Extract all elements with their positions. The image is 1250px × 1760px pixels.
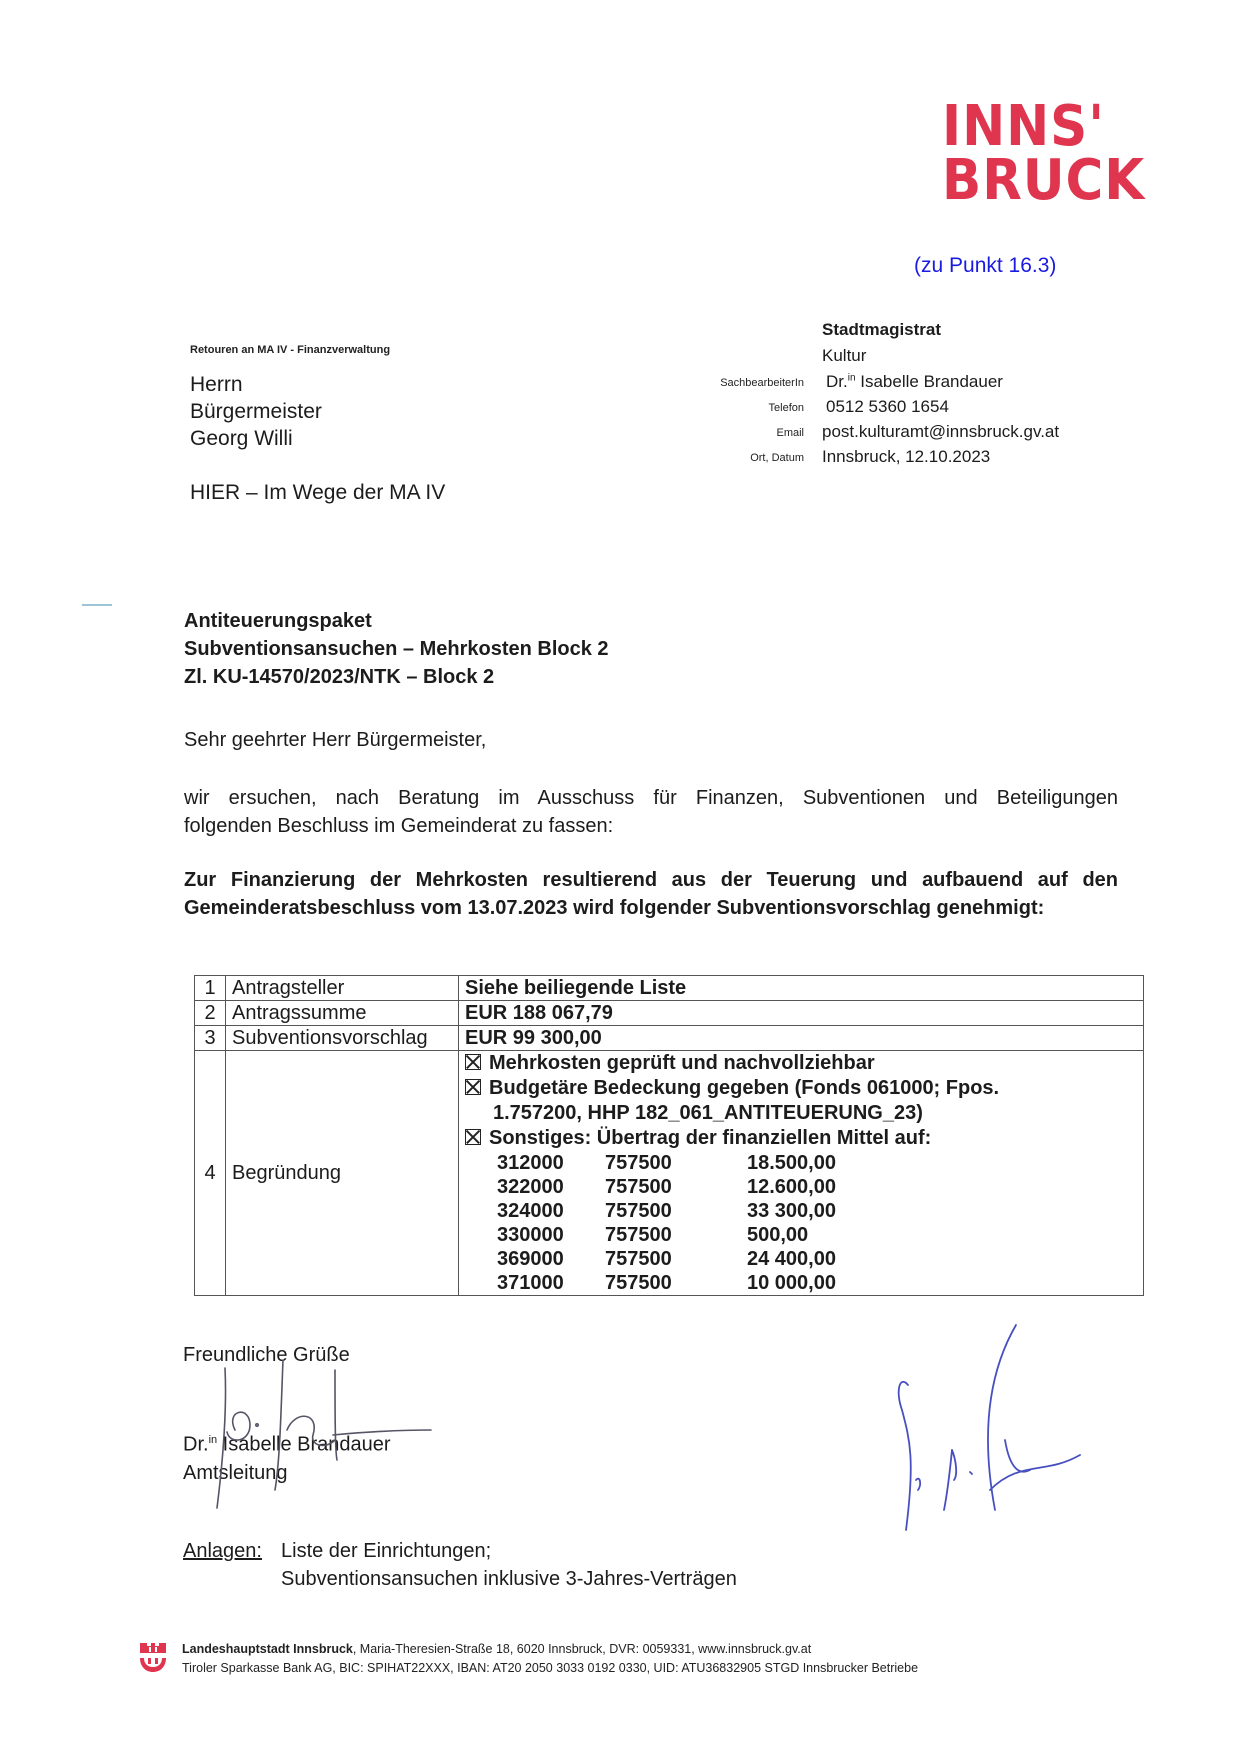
- sender-row-email: Email post.kulturamt@innsbruck.gv.at: [640, 422, 1170, 447]
- attachment-item: Liste der Einrichtungen;: [281, 1540, 491, 1562]
- table-row: 1 Antragsteller Siehe beiliegende Liste: [195, 976, 1144, 1001]
- footer: Landeshauptstadt Innsbruck, Maria-Theres…: [182, 1640, 918, 1678]
- sender-department: Kultur: [822, 346, 866, 366]
- attachments: Anlagen:Liste der Einrichtungen; Subvent…: [183, 1537, 737, 1593]
- transfer-row: 36900075750024 400,00: [497, 1247, 836, 1271]
- salutation: Sehr geehrter Herr Bürgermeister,: [184, 729, 486, 752]
- check-item: Sonstiges: Übertrag der finanziellen Mit…: [465, 1126, 1137, 1151]
- recipient-line-3: Georg Willi: [190, 425, 322, 452]
- signature-scribble: [195, 1350, 435, 1510]
- innsbruck-coat-of-arms-icon: [138, 1641, 168, 1673]
- table-row-reason: 4 Begründung Mehrkosten geprüft und nach…: [195, 1051, 1144, 1296]
- transfer-row: 31200075750018.500,00: [497, 1151, 836, 1175]
- subject-line-3: Zl. KU-14570/2023/NTK – Block 2: [184, 663, 609, 691]
- subject-line-1: Antiteuerungspaket: [184, 607, 609, 635]
- request-paragraph: wir ersuchen, nach Beratung im Ausschuss…: [184, 784, 1118, 840]
- transfer-row: 37100075750010 000,00: [497, 1271, 836, 1295]
- recipient-line-1: Herrn: [190, 371, 322, 398]
- sender-label: SachbearbeiterIn: [644, 377, 804, 389]
- transfer-list: 31200075750018.500,00 32200075750012.600…: [497, 1151, 836, 1295]
- check-item: Mehrkosten geprüft und nachvollziehbar: [465, 1051, 1137, 1076]
- recipient-routing: HIER – Im Wege der MA IV: [190, 481, 445, 505]
- table-row: 2 Antragssumme EUR 188 067,79: [195, 1001, 1144, 1026]
- agenda-reference: (zu Punkt 16.3): [914, 254, 1056, 278]
- checked-box-icon: [465, 1054, 481, 1070]
- attachments-label: Anlagen:: [183, 1537, 281, 1565]
- fold-mark: [82, 604, 112, 606]
- sender-row-phone: Telefon 0512 5360 1654: [640, 397, 1170, 422]
- signature-right: [870, 1310, 1100, 1540]
- sender-value: Innsbruck, 12.10.2023: [822, 447, 990, 467]
- innsbruck-logo: INNS' BRUCK: [942, 100, 1154, 208]
- sender-label: Ort, Datum: [644, 452, 804, 464]
- subsidy-table: 1 Antragsteller Siehe beiliegende Liste …: [194, 975, 1144, 1296]
- sender-label: Telefon: [644, 402, 804, 414]
- sender-row-date: Ort, Datum Innsbruck, 12.10.2023: [640, 447, 1170, 472]
- sender-row-clerk: SachbearbeiterIn Dr.in Isabelle Brandaue…: [640, 372, 1170, 397]
- subject-line-2: Subventionsansuchen – Mehrkosten Block 2: [184, 635, 609, 663]
- transfer-row: 32400075750033 300,00: [497, 1199, 836, 1223]
- transfer-row: 330000757500500,00: [497, 1223, 836, 1247]
- checked-box-icon: [465, 1079, 481, 1095]
- logo-line-2: BRUCK: [942, 154, 1154, 208]
- check-item: Budgetäre Bedeckung gegeben (Fonds 06100…: [465, 1076, 1137, 1126]
- sender-label: Email: [644, 427, 804, 439]
- attachment-item: Subventionsansuchen inklusive 3-Jahres-V…: [183, 1565, 737, 1593]
- subject: Antiteuerungspaket Subventionsansuchen –…: [184, 607, 609, 691]
- transfer-row: 32200075750012.600,00: [497, 1175, 836, 1199]
- table-row: 3 Subventionsvorschlag EUR 99 300,00: [195, 1026, 1144, 1051]
- return-address: Retouren an MA IV - Finanzverwaltung: [190, 344, 390, 356]
- resolution-paragraph: Zur Finanzierung der Mehrkosten resultie…: [184, 866, 1118, 922]
- sender-value: 0512 5360 1654: [826, 397, 949, 417]
- logo-line-1: INNS': [942, 100, 1154, 154]
- recipient-line-2: Bürgermeister: [190, 398, 322, 425]
- footer-line-1: Landeshauptstadt Innsbruck, Maria-Theres…: [182, 1640, 918, 1659]
- recipient-address: Herrn Bürgermeister Georg Willi: [190, 371, 322, 452]
- checked-box-icon: [465, 1129, 481, 1145]
- reason-cell: Mehrkosten geprüft und nachvollziehbar B…: [459, 1051, 1144, 1296]
- sender-email[interactable]: post.kulturamt@innsbruck.gv.at: [822, 422, 1059, 442]
- footer-line-2: Tiroler Sparkasse Bank AG, BIC: SPIHAT22…: [182, 1659, 918, 1678]
- sender-organization: Stadtmagistrat: [822, 320, 941, 340]
- sender-value: Dr.in Isabelle Brandauer: [826, 372, 1003, 392]
